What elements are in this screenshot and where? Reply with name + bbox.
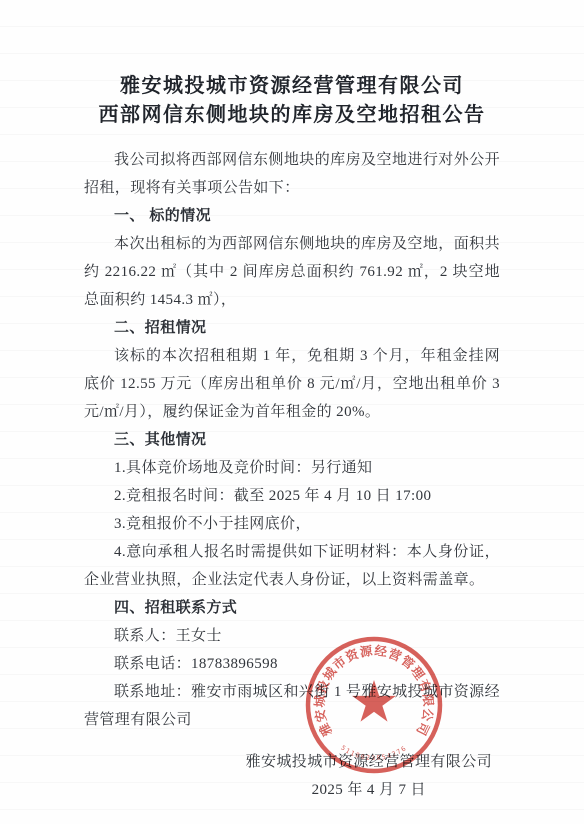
title-line-2: 西部网信东侧地块的库房及空地招租公告 xyxy=(84,101,500,130)
section1-heading: 一、 标的情况 xyxy=(84,202,500,230)
document-title: 雅安城投城市资源经营管理有限公司 西部网信东侧地块的库房及空地招租公告 xyxy=(84,72,500,130)
contact-phone: 联系电话：18783896598 xyxy=(84,650,500,678)
signature-block: 雅安城投城市资源经营管理有限公司 2025 年 4 月 7 日 xyxy=(84,748,500,804)
contact-address: 联系地址：雅安市雨城区和兴街 1 号雅安城投城市资源经营管理有限公司 xyxy=(84,678,500,734)
section3-item-4: 4.意向承租人报名时需提供如下证明材料：本人身份证，企业营业执照，企业法定代表人… xyxy=(84,538,500,594)
signature-company: 雅安城投城市资源经营管理有限公司 xyxy=(246,748,492,776)
title-line-1: 雅安城投城市资源经营管理有限公司 xyxy=(84,72,500,101)
section3-item-3: 3.竞租报价不小于挂网底价， xyxy=(84,510,500,538)
section1-body: 本次出租标的为西部网信东侧地块的库房及空地，面积共约 2216.22 ㎡（其中 … xyxy=(84,230,500,314)
section3-item-1: 1.具体竞价场地及竞价时间：另行通知 xyxy=(84,454,500,482)
section4-heading: 四、招租联系方式 xyxy=(84,594,500,622)
section3-heading: 三、其他情况 xyxy=(84,426,500,454)
section2-body: 该标的本次招租租期 1 年，免租期 3 个月，年租金挂网底价 12.55 万元（… xyxy=(84,342,500,426)
signature-inner: 雅安城投城市资源经营管理有限公司 2025 年 4 月 7 日 xyxy=(246,748,492,804)
signature-date: 2025 年 4 月 7 日 xyxy=(246,776,492,804)
section2-heading: 二、招租情况 xyxy=(84,314,500,342)
section3-item-2: 2.竞租报名时间：截至 2025 年 4 月 10 日 17:00 xyxy=(84,482,500,510)
document-page: 雅安城投城市资源经营管理有限公司 西部网信东侧地块的库房及空地招租公告 我公司拟… xyxy=(0,0,584,824)
intro-paragraph: 我公司拟将西部网信东侧地块的库房及空地进行对外公开招租，现将有关事项公告如下： xyxy=(84,146,500,202)
contact-person: 联系人：王女士 xyxy=(84,622,500,650)
